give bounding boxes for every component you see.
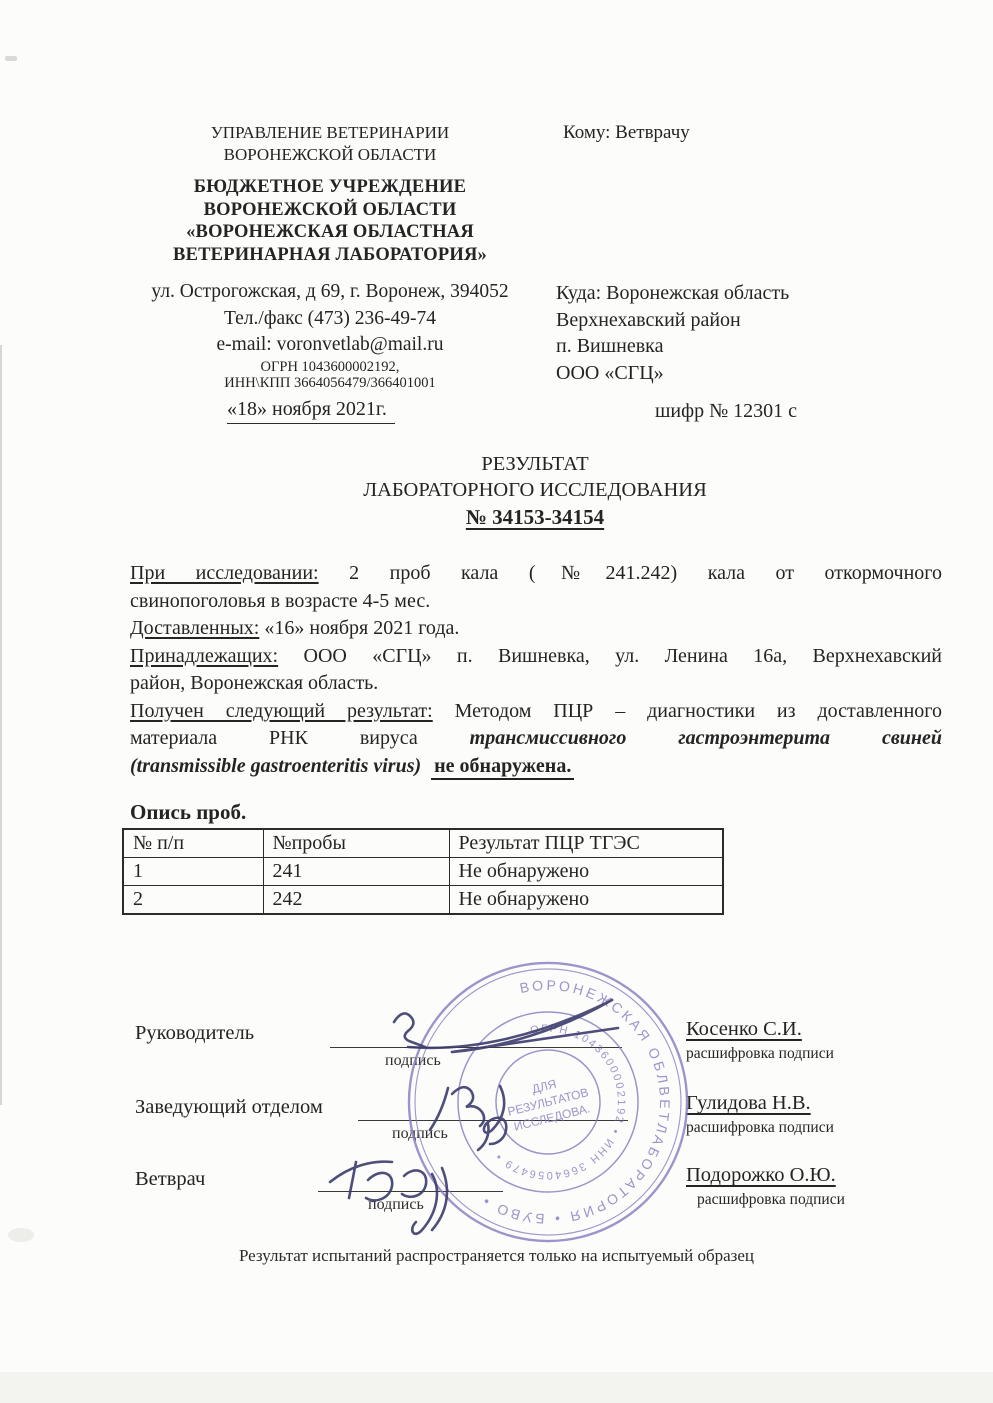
body-line-2: свинопоголовья в возрасте 4-5 мес. <box>130 588 942 616</box>
address-line: ул. Острогожская, д 69, г. Воронеж, 3940… <box>100 279 560 306</box>
body-line-4: Принадлежащих: ООО «СГЦ» п. Вишневка, ул… <box>130 643 942 671</box>
signature-name-director: Косенко С.И. <box>686 1018 802 1041</box>
body-line-3: Доставленных: «16» ноября 2021 года. <box>130 615 942 643</box>
lead-examined: При исследовании: <box>130 562 319 584</box>
table-cell: 2 <box>123 886 263 915</box>
cipher-code: шифр № 12301 с <box>655 400 797 423</box>
signature-scribble-head <box>478 1124 489 1150</box>
samples-table: № п/п №пробы Результат ПЦР ТГЭС 1 241 Не… <box>122 828 724 915</box>
body-text: материала РНК вируса <box>130 727 418 749</box>
authority-block: УПРАВЛЕНИЕ ВЕТЕРИНАРИИ ВОРОНЕЖСКОЙ ОБЛАС… <box>110 122 550 166</box>
document-number: № 34153-34154 <box>130 505 940 531</box>
report-body: При исследовании: 2 проб кала (№241.242)… <box>130 560 942 780</box>
table-row: 1 241 Не обнаружено <box>123 858 723 886</box>
name-caption: расшифровка подписи <box>686 1119 834 1137</box>
table-header-row: № п/п №пробы Результат ПЦР ТГЭС <box>123 829 723 858</box>
signature-role-head-of-dept: Заведующий отделом <box>135 1096 323 1119</box>
table-cell: 1 <box>123 858 263 886</box>
body-text: «16» ноября 2021 года. <box>264 617 459 639</box>
phone-line: Тел./факс (473) 236-49-74 <box>100 306 560 333</box>
table-row: 2 242 Не обнаружено <box>123 886 723 915</box>
table-header-cell: № п/п <box>123 829 263 858</box>
table-cell: 241 <box>263 858 449 886</box>
lab-round-stamp: ВОРОНЕЖСКАЯ ОБЛВЕТЛАБОРАТОРИЯ • БУВО • О… <box>398 952 698 1252</box>
authority-line: ВОРОНЕЖСКОЙ ОБЛАСТИ <box>110 144 550 166</box>
signature-scribble-vet <box>349 1162 356 1198</box>
org-name-line: «ВОРОНЕЖСКАЯ ОБЛАСТНАЯ <box>110 221 550 244</box>
recipient-where-line: Куда: Воронежская область <box>556 280 789 307</box>
virus-name-en: (transmissible gastroenteritis virus) <box>130 755 421 777</box>
body-text: Методом ПЦР – диагностики из доставленно… <box>455 700 942 722</box>
name-caption: расшифровка подписи <box>697 1191 845 1209</box>
body-text: ООО «СГЦ» п. Вишневка, ул. Ленина 16а, В… <box>304 645 943 667</box>
recipient-where-line: п. Вишневка <box>556 333 789 360</box>
org-name-line: ВОРОНЕЖСКОЙ ОБЛАСТИ <box>110 199 550 222</box>
scan-edge-artifact <box>0 345 2 1105</box>
org-name-line: БЮДЖЕТНОЕ УЧРЕЖДЕНИЕ <box>110 176 550 199</box>
signature-scribble-vet <box>330 1162 392 1182</box>
body-text: 2 проб кала (№241.242) кала от откормочн… <box>349 562 942 584</box>
signature-caption: подпись <box>385 1052 441 1070</box>
virus-name-ru: трансмиссивного гастроэнтерита свиней <box>470 727 942 749</box>
signature-scribble-director <box>394 1013 425 1047</box>
name-caption: расшифровка подписи <box>686 1045 834 1063</box>
organization-name: БЮДЖЕТНОЕ УЧРЕЖДЕНИЕ ВОРОНЕЖСКОЙ ОБЛАСТИ… <box>110 176 550 266</box>
body-line-7: материала РНК вируса трансмиссивного гас… <box>130 725 942 753</box>
scan-smudge <box>5 56 17 61</box>
scan-shadow-band <box>0 1372 993 1403</box>
table-cell: Не обнаружено <box>449 858 723 886</box>
title-line-1: РЕЗУЛЬТАТ <box>130 452 940 478</box>
signature-scribble-head <box>430 1088 448 1130</box>
signature-scribble-director <box>408 1000 612 1048</box>
signature-scribble-head <box>484 1086 506 1144</box>
signature-scribble-vet <box>432 1168 447 1230</box>
body-line-8: (transmissible gastroenteritis virus) не… <box>130 753 942 781</box>
signature-scribble-vet <box>402 1170 426 1196</box>
stamp-center-line: РЕЗУЛЬТАТОВ <box>506 1085 590 1119</box>
footer-note: Результат испытаний распространяется тол… <box>0 1246 993 1266</box>
stamp-ring-text: ВОРОНЕЖСКАЯ ОБЛВЕТЛАБОРАТОРИЯ • БУВО • <box>427 952 698 1246</box>
signature-role-vet: Ветврач <box>135 1168 205 1191</box>
table-header-cell: №пробы <box>263 829 449 858</box>
lead-delivered: Доставленных: <box>130 617 259 639</box>
table-header-cell: Результат ПЦР ТГЭС <box>449 829 723 858</box>
ogrn-line: ОГРН 1043600002192, <box>100 359 560 375</box>
recipient-where-block: Куда: Воронежская область Верхнехавский … <box>556 280 789 386</box>
table-cell: Не обнаружено <box>449 886 723 915</box>
body-line-1: При исследовании: 2 проб кала (№241.242)… <box>130 560 942 588</box>
signature-scribble-director <box>452 1028 618 1052</box>
verdict-text: не обнаружена. <box>431 755 574 780</box>
signature-line <box>330 1047 622 1048</box>
signature-caption: подпись <box>368 1196 424 1214</box>
signature-caption: подпись <box>392 1125 448 1143</box>
email-line: e-mail: voronvetlab@mail.ru <box>100 332 560 359</box>
org-name-line: ВЕТЕРИНАРНАЯ ЛАБОРАТОРИЯ» <box>110 244 550 267</box>
lead-result: Получен следующий результат: <box>130 700 433 722</box>
lead-belonging: Принадлежащих: <box>130 645 278 667</box>
table-cell: 242 <box>263 886 449 915</box>
contact-block: ул. Острогожская, д 69, г. Воронеж, 3940… <box>100 279 560 391</box>
signature-scribble-director <box>452 1000 612 1052</box>
stamp-center-line: ИССЛЕДОВА. <box>512 1101 591 1133</box>
title-line-2: ЛАБОРАТОРНОГО ИССЛЕДОВАНИЯ <box>130 478 940 504</box>
body-line-5: район, Воронежская область. <box>130 670 942 698</box>
body-line-6: Получен следующий результат: Методом ПЦР… <box>130 698 942 726</box>
samples-heading: Опись проб. <box>130 800 246 825</box>
signature-name-head-of-dept: Гулидова Н.В. <box>686 1092 811 1115</box>
inn-kpp-line: ИНН\КПП 3664056479/366401001 <box>100 375 560 391</box>
scanned-lab-report-page: УПРАВЛЕНИЕ ВЕТЕРИНАРИИ ВОРОНЕЖСКОЙ ОБЛАС… <box>0 0 993 1403</box>
recipient-where-line: ООО «СГЦ» <box>556 360 789 387</box>
stamp-numbers-text: ОГРН 1043600002192 • ИНН 3664056479 • <box>463 1006 644 1195</box>
signature-name-vet: Подорожко О.Ю. <box>686 1164 836 1187</box>
letter-date: «18» ноября 2021г. <box>227 398 395 424</box>
recipient-to: Кому: Ветврачу <box>563 122 690 144</box>
signature-role-director: Руководитель <box>135 1022 254 1045</box>
authority-line: УПРАВЛЕНИЕ ВЕТЕРИНАРИИ <box>110 122 550 144</box>
recipient-where-line: Верхнехавский район <box>556 307 789 334</box>
signature-line <box>358 1120 628 1121</box>
signature-line <box>318 1191 503 1192</box>
stamp-center-line: ДЛЯ <box>530 1077 557 1097</box>
scan-smudge <box>8 1228 34 1242</box>
document-title: РЕЗУЛЬТАТ ЛАБОРАТОРНОГО ИССЛЕДОВАНИЯ № 3… <box>130 452 940 531</box>
